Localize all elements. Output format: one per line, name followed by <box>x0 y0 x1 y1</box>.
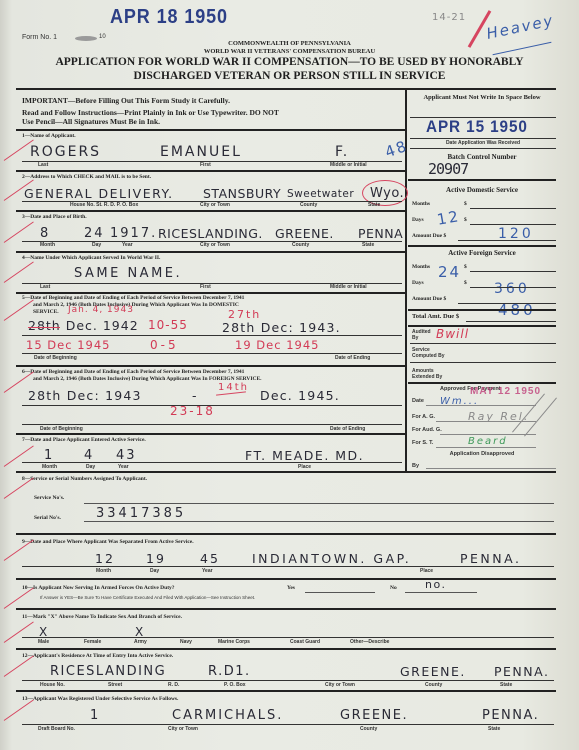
caption-place: Place <box>420 568 433 574</box>
caption-year: Year <box>202 568 213 574</box>
form-title-line1: APPLICATION FOR WORLD WAR II COMPENSATIO… <box>0 56 579 68</box>
s2-county[interactable]: Sweetwater <box>287 188 354 200</box>
domestic-months-label: Months <box>412 201 430 207</box>
s13-state[interactable]: PENNA. <box>482 708 539 723</box>
s9-year[interactable]: 45 <box>200 551 220 566</box>
caption-month: Month <box>40 242 55 248</box>
caption-year: Year <box>118 464 129 470</box>
caption-county: County <box>300 202 317 208</box>
s7-day[interactable]: 4 <box>84 448 94 463</box>
s5-row2-begin: 15 Dec 1945 <box>26 338 110 352</box>
caption-end: Date of Ending <box>335 355 370 361</box>
caption-day: Day <box>92 242 101 248</box>
s9-label: 9—Date and Place Where Applicant Was Sep… <box>22 539 194 545</box>
s12-county[interactable]: GREENE. <box>400 664 466 679</box>
caption-draft-board: Draft Board No. <box>38 726 75 732</box>
caption-begin: Date of Beginning <box>34 355 77 361</box>
s3-county[interactable]: GREENE. <box>275 226 334 241</box>
caption-state: State <box>500 682 512 688</box>
caption-day: Day <box>150 568 159 574</box>
s11-option-coast-guard[interactable]: Coast Guard <box>290 639 320 645</box>
s3-month[interactable]: 8 <box>40 226 50 241</box>
caption-place: Place <box>298 464 311 470</box>
s2-street[interactable]: GENERAL DELIVERY. <box>24 186 174 201</box>
form-title-line2: DISCHARGED VETERAN OR PERSON STILL IN SE… <box>0 70 579 82</box>
caption-city: City or Town <box>200 202 230 208</box>
s9-place[interactable]: INDIANTOWN. GAP. <box>252 551 411 566</box>
s11-option-army[interactable]: Army <box>134 639 147 645</box>
top-right-signature: Heavey <box>485 11 556 43</box>
caption-end: Date of Ending <box>330 426 365 432</box>
s8-label: 8—Service or Serial Numbers Assigned To … <box>22 476 147 482</box>
by-label: By <box>412 463 419 469</box>
caption-middle: Middle or Initial <box>330 162 367 168</box>
caption-begin: Date of Beginning <box>40 426 83 432</box>
s9-day[interactable]: 19 <box>146 551 166 566</box>
instructions-line2: Read and Follow Instructions—Print Plain… <box>22 108 279 117</box>
domestic-days-label: Days <box>412 217 424 223</box>
office-header: Applicant Must Not Write In Space Below <box>408 94 556 102</box>
foreign-days-label: Days <box>412 280 424 286</box>
s5-correction-note: Jan. 4, 1943 <box>68 305 134 315</box>
caption-last: Last <box>38 162 48 168</box>
s3-state[interactable]: PENNA <box>358 226 403 241</box>
caption-county: County <box>292 242 309 248</box>
serial-number[interactable]: 33417385 <box>96 506 186 521</box>
s3-day[interactable]: 24 <box>84 226 105 241</box>
s9-state[interactable]: PENNA. <box>460 551 521 566</box>
caption-city: City or Town <box>168 726 198 732</box>
total-label: Total Amt. Due $ <box>412 313 459 320</box>
red-tick-mark <box>4 699 34 720</box>
s5-row2-end: 19 Dec 1945 <box>235 338 319 352</box>
s12-state[interactable]: PENNA. <box>494 664 549 679</box>
s1-middle-initial[interactable]: F. <box>335 144 349 160</box>
s11-option-male[interactable]: Male <box>38 639 49 645</box>
s11-mark: X <box>135 625 145 639</box>
s3-year[interactable]: 1917. <box>110 226 157 241</box>
caption-county: County <box>360 726 377 732</box>
received-stamp-top: APR 18 1950 <box>110 6 228 29</box>
commonwealth-heading: COMMONWEALTH OF PENNSYLVANIA <box>0 40 579 47</box>
service-no-label: Service No's. <box>34 495 64 501</box>
st-label: For S. T. <box>412 440 433 446</box>
s6-begin-date[interactable]: 28th Dec: 1943 <box>28 388 142 403</box>
s13-city[interactable]: CARMICHALS. <box>172 708 283 723</box>
s11-option-marine-corps[interactable]: Marine Corps <box>218 639 250 645</box>
caption-first: First <box>200 284 211 290</box>
domestic-header: Active Domestic Service <box>408 186 556 194</box>
s7-month[interactable]: 1 <box>44 448 54 463</box>
s7-place[interactable]: FT. MEADE. MD. <box>245 448 364 463</box>
s11-option-other-describe[interactable]: Other—Describe <box>350 639 389 645</box>
foreign-amount-label: Amount Due $ <box>412 296 446 302</box>
s3-city[interactable]: RICESLANDING. <box>158 226 263 241</box>
red-tick-mark <box>4 655 34 676</box>
caption-city: City or Town <box>200 242 230 248</box>
caption-street: Street <box>108 682 122 688</box>
domestic-days-value: 12 <box>436 207 462 229</box>
date-label: Date <box>412 398 424 404</box>
s5-begin-correction: 10-55 <box>148 318 188 332</box>
red-tick-mark <box>4 221 34 242</box>
caption-state: State <box>488 726 500 732</box>
caption-house: House No. <box>40 682 65 688</box>
s5-row2-mid: 0-5 <box>150 338 179 352</box>
s10-no-label: No <box>390 585 397 591</box>
st-signature: Beard <box>468 436 508 447</box>
caption-month: Month <box>96 568 111 574</box>
audited-by-signature: Bwill <box>436 327 469 341</box>
aud-g-label: For Aud. G. <box>412 427 442 433</box>
received-stamp: APR 15 1950 <box>426 117 528 137</box>
red-tick-mark <box>4 621 34 642</box>
s5-strikethrough <box>28 327 60 328</box>
extended-label: Amounts Extended By <box>412 368 452 380</box>
s11-label: 11—Mark "X" Above Name To Indicate Sex A… <box>22 614 182 620</box>
s3-label: 3—Date and Place of Birth. <box>22 214 87 220</box>
caption-month: Month <box>42 464 57 470</box>
caption-county: County <box>425 682 442 688</box>
caption-day: Day <box>86 464 95 470</box>
s12-street[interactable]: RICESLANDING <box>50 664 166 679</box>
red-tick-mark <box>4 477 34 498</box>
important-note: IMPORTANT—Before Filling Out This Form S… <box>22 96 230 105</box>
s12-label: 12—Applicant's Residence At Time of Entr… <box>22 653 173 659</box>
s9-month[interactable]: 12 <box>95 551 115 566</box>
top-right-note: 14-21 <box>432 12 466 23</box>
serial-no-label: Serial No's. <box>34 515 61 521</box>
s2-city[interactable]: STANSBURY <box>203 186 281 201</box>
s5-label-line2: and March 2, 1946 (Both Dates Inclusive)… <box>33 302 239 308</box>
s11-option-female[interactable]: Female <box>84 639 101 645</box>
s5-begin-date[interactable]: 28th Dec. 1942 <box>28 318 139 333</box>
foreign-months-value: 24 <box>438 263 461 281</box>
bureau-heading: WORLD WAR II VETERANS' COMPENSATION BURE… <box>0 48 579 55</box>
batch-number: 20907 <box>428 160 468 178</box>
s10-label: 10—Is Applicant Now Serving In Armed For… <box>22 585 175 591</box>
s5-label-line3: SERVICE. <box>33 309 59 315</box>
s11-option-navy[interactable]: Navy <box>180 639 192 645</box>
s11-mark: X <box>39 625 49 639</box>
s6-dash: - <box>192 388 199 403</box>
approved-stamp: MAY 12 1950 <box>470 386 541 397</box>
s10-yes-label: Yes <box>287 585 295 591</box>
foreign-months-label: Months <box>412 264 430 270</box>
s2-label: 2—Address to Which CHECK and MAIL is to … <box>22 174 151 180</box>
s6-computed: 23-18 <box>170 404 215 418</box>
s10-no-value[interactable]: no. <box>425 578 447 591</box>
s1-first-name[interactable]: EMANUEL <box>160 144 242 160</box>
s5-end-date[interactable]: 28th Dec: 1943. <box>222 320 341 335</box>
s5-label-line1: 5—Date of Beginning and Date of Ending o… <box>22 295 244 301</box>
caption-last: Last <box>40 284 50 290</box>
received-caption: Date Application Was Received <box>410 140 556 146</box>
caption-po-box: P. O. Box <box>224 682 246 688</box>
computed-label: Service Computed By <box>412 347 452 359</box>
s10-note: If Answer is YES—Be Sure To Have Certifi… <box>40 595 255 600</box>
foreign-amount-value: 360 <box>494 281 530 297</box>
s7-year[interactable]: 43 <box>116 448 137 463</box>
audited-label: Audited By <box>412 329 434 341</box>
s13-board[interactable]: 1 <box>90 708 100 723</box>
red-tick-mark <box>4 261 34 282</box>
caption-city: City or Town <box>325 682 355 688</box>
s7-label: 7—Date and Place Applicant Entered Activ… <box>22 437 146 443</box>
s12-rd[interactable]: R.D1. <box>208 664 251 679</box>
caption-first: First <box>200 162 211 168</box>
s13-label: 13—Applicant Was Registered Under Select… <box>22 696 178 702</box>
s6-end-date[interactable]: Dec. 1945. <box>260 388 340 403</box>
instructions-line3: Use Pencil—All Signatures Must Be in Ink… <box>22 117 160 126</box>
caption-state: State <box>368 202 380 208</box>
caption-middle: Middle or Initial <box>330 284 367 290</box>
disapproved-header: Application Disapproved <box>408 451 556 457</box>
s4-served-name[interactable]: SAME NAME. <box>74 266 182 281</box>
domestic-amount-label: Amount Due $ <box>412 233 446 239</box>
caption-year: Year <box>122 242 133 248</box>
ag-label: For A. G. <box>412 414 435 420</box>
red-tick-mark <box>4 587 34 608</box>
s1-label: 1—Name of Applicant. <box>22 133 76 139</box>
approval-date-signature: Wm... <box>440 396 479 407</box>
caption-rd: R. D. <box>168 682 179 688</box>
s6-label-line1: 6—Date of Beginning and Date of Ending o… <box>22 369 244 375</box>
s1-last-name[interactable]: ROGERS <box>30 144 101 160</box>
foreign-header: Active Foreign Service <box>408 249 556 257</box>
s13-county[interactable]: GREENE. <box>340 708 408 723</box>
red-tick-mark <box>4 539 34 560</box>
caption-state: State <box>362 242 374 248</box>
red-tick-mark <box>4 445 34 466</box>
s4-label: 4—Name Under Which Applicant Served In W… <box>22 255 160 261</box>
caption-street: House No. St. R. D. P. O. Box <box>70 202 138 208</box>
